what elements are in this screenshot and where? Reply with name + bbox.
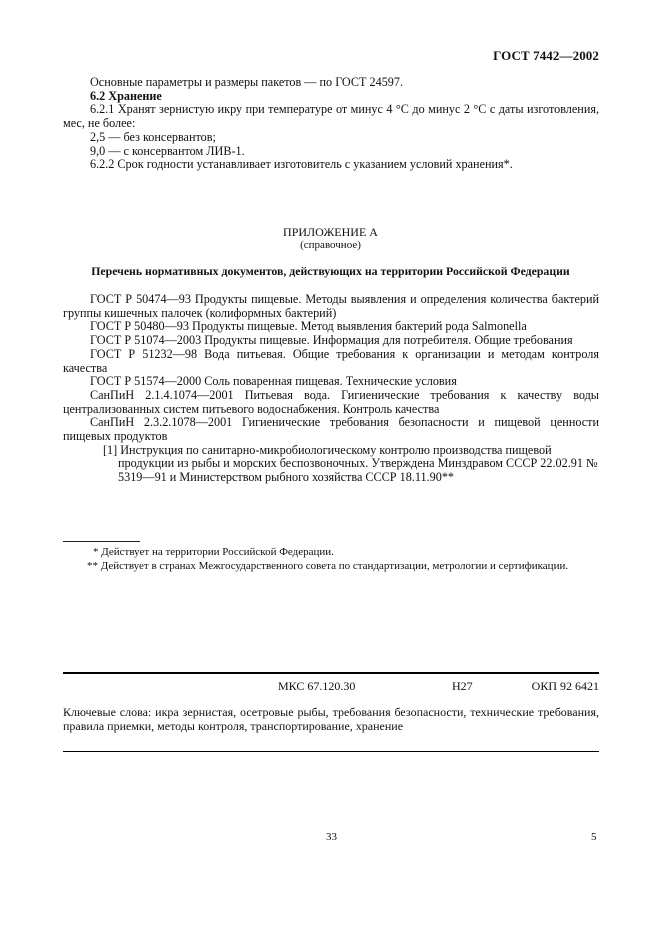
keywords-text: Ключевые слова: икра зернистая, осетровы… [63, 706, 599, 733]
paragraph-6-2-1: 6.2.1 Хранят зернистую икру при температ… [63, 103, 599, 130]
document-id-header: ГОСТ 7442—2002 [493, 49, 599, 63]
reference-list: ГОСТ Р 50474—93 Продукты пищевые. Методы… [63, 293, 599, 485]
classification-top-rule [63, 672, 599, 674]
footnote-2: ** Действует в странах Межгосударственно… [63, 560, 599, 574]
reference-item: ГОСТ Р 51232—98 Вода питьевая. Общие тре… [63, 348, 599, 375]
footnote-separator [63, 541, 140, 542]
packaging-line: Основные параметры и размеры пакетов — п… [63, 76, 599, 90]
footnote-1: * Действует на территории Российской Фед… [63, 546, 599, 560]
keywords-bottom-rule [63, 751, 599, 752]
appendix-heading: Перечень нормативных документов, действу… [0, 265, 661, 279]
page-number-left: 33 [326, 831, 337, 845]
reference-item: ГОСТ Р 50480—93 Продукты пищевые. Метод … [63, 320, 599, 334]
okp-code: ОКП 92 6421 [532, 680, 599, 694]
footnotes: * Действует на территории Российской Фед… [63, 546, 599, 573]
page-number-right: 5 [591, 831, 597, 845]
reference-item: ГОСТ Р 51074—2003 Продукты пищевые. Инфо… [63, 334, 599, 348]
paragraph-6-2-2: 6.2.2 Срок годности устанавливает изгото… [63, 158, 599, 172]
keywords: Ключевые слова: икра зернистая, осетровы… [63, 706, 599, 733]
appendix-subtitle: (справочное) [0, 239, 661, 252]
storage-item-liv1: 9,0 — с консервантом ЛИВ-1. [63, 145, 599, 159]
reference-item: СанПиН 2.3.2.1078—2001 Гигиенические тре… [63, 416, 599, 443]
numbered-reference-1: [1] Инструкция по санитарно-микробиологи… [63, 444, 599, 485]
reference-item: ГОСТ Р 50474—93 Продукты пищевые. Методы… [63, 293, 599, 320]
storage-section: Основные параметры и размеры пакетов — п… [63, 76, 599, 172]
reference-item: СанПиН 2.1.4.1074—2001 Питьевая вода. Ги… [63, 389, 599, 416]
storage-heading: 6.2 Хранение [63, 90, 599, 104]
category-code: Н27 [452, 680, 473, 694]
reference-item: ГОСТ Р 51574—2000 Соль поваренная пищева… [63, 375, 599, 389]
storage-item-no-preservatives: 2,5 — без консервантов; [63, 131, 599, 145]
mks-code: МКС 67.120.30 [278, 680, 355, 694]
classification-row: МКС 67.120.30 Н27 ОКП 92 6421 [63, 680, 599, 694]
appendix-title: ПРИЛОЖЕНИЕ А [0, 226, 661, 239]
